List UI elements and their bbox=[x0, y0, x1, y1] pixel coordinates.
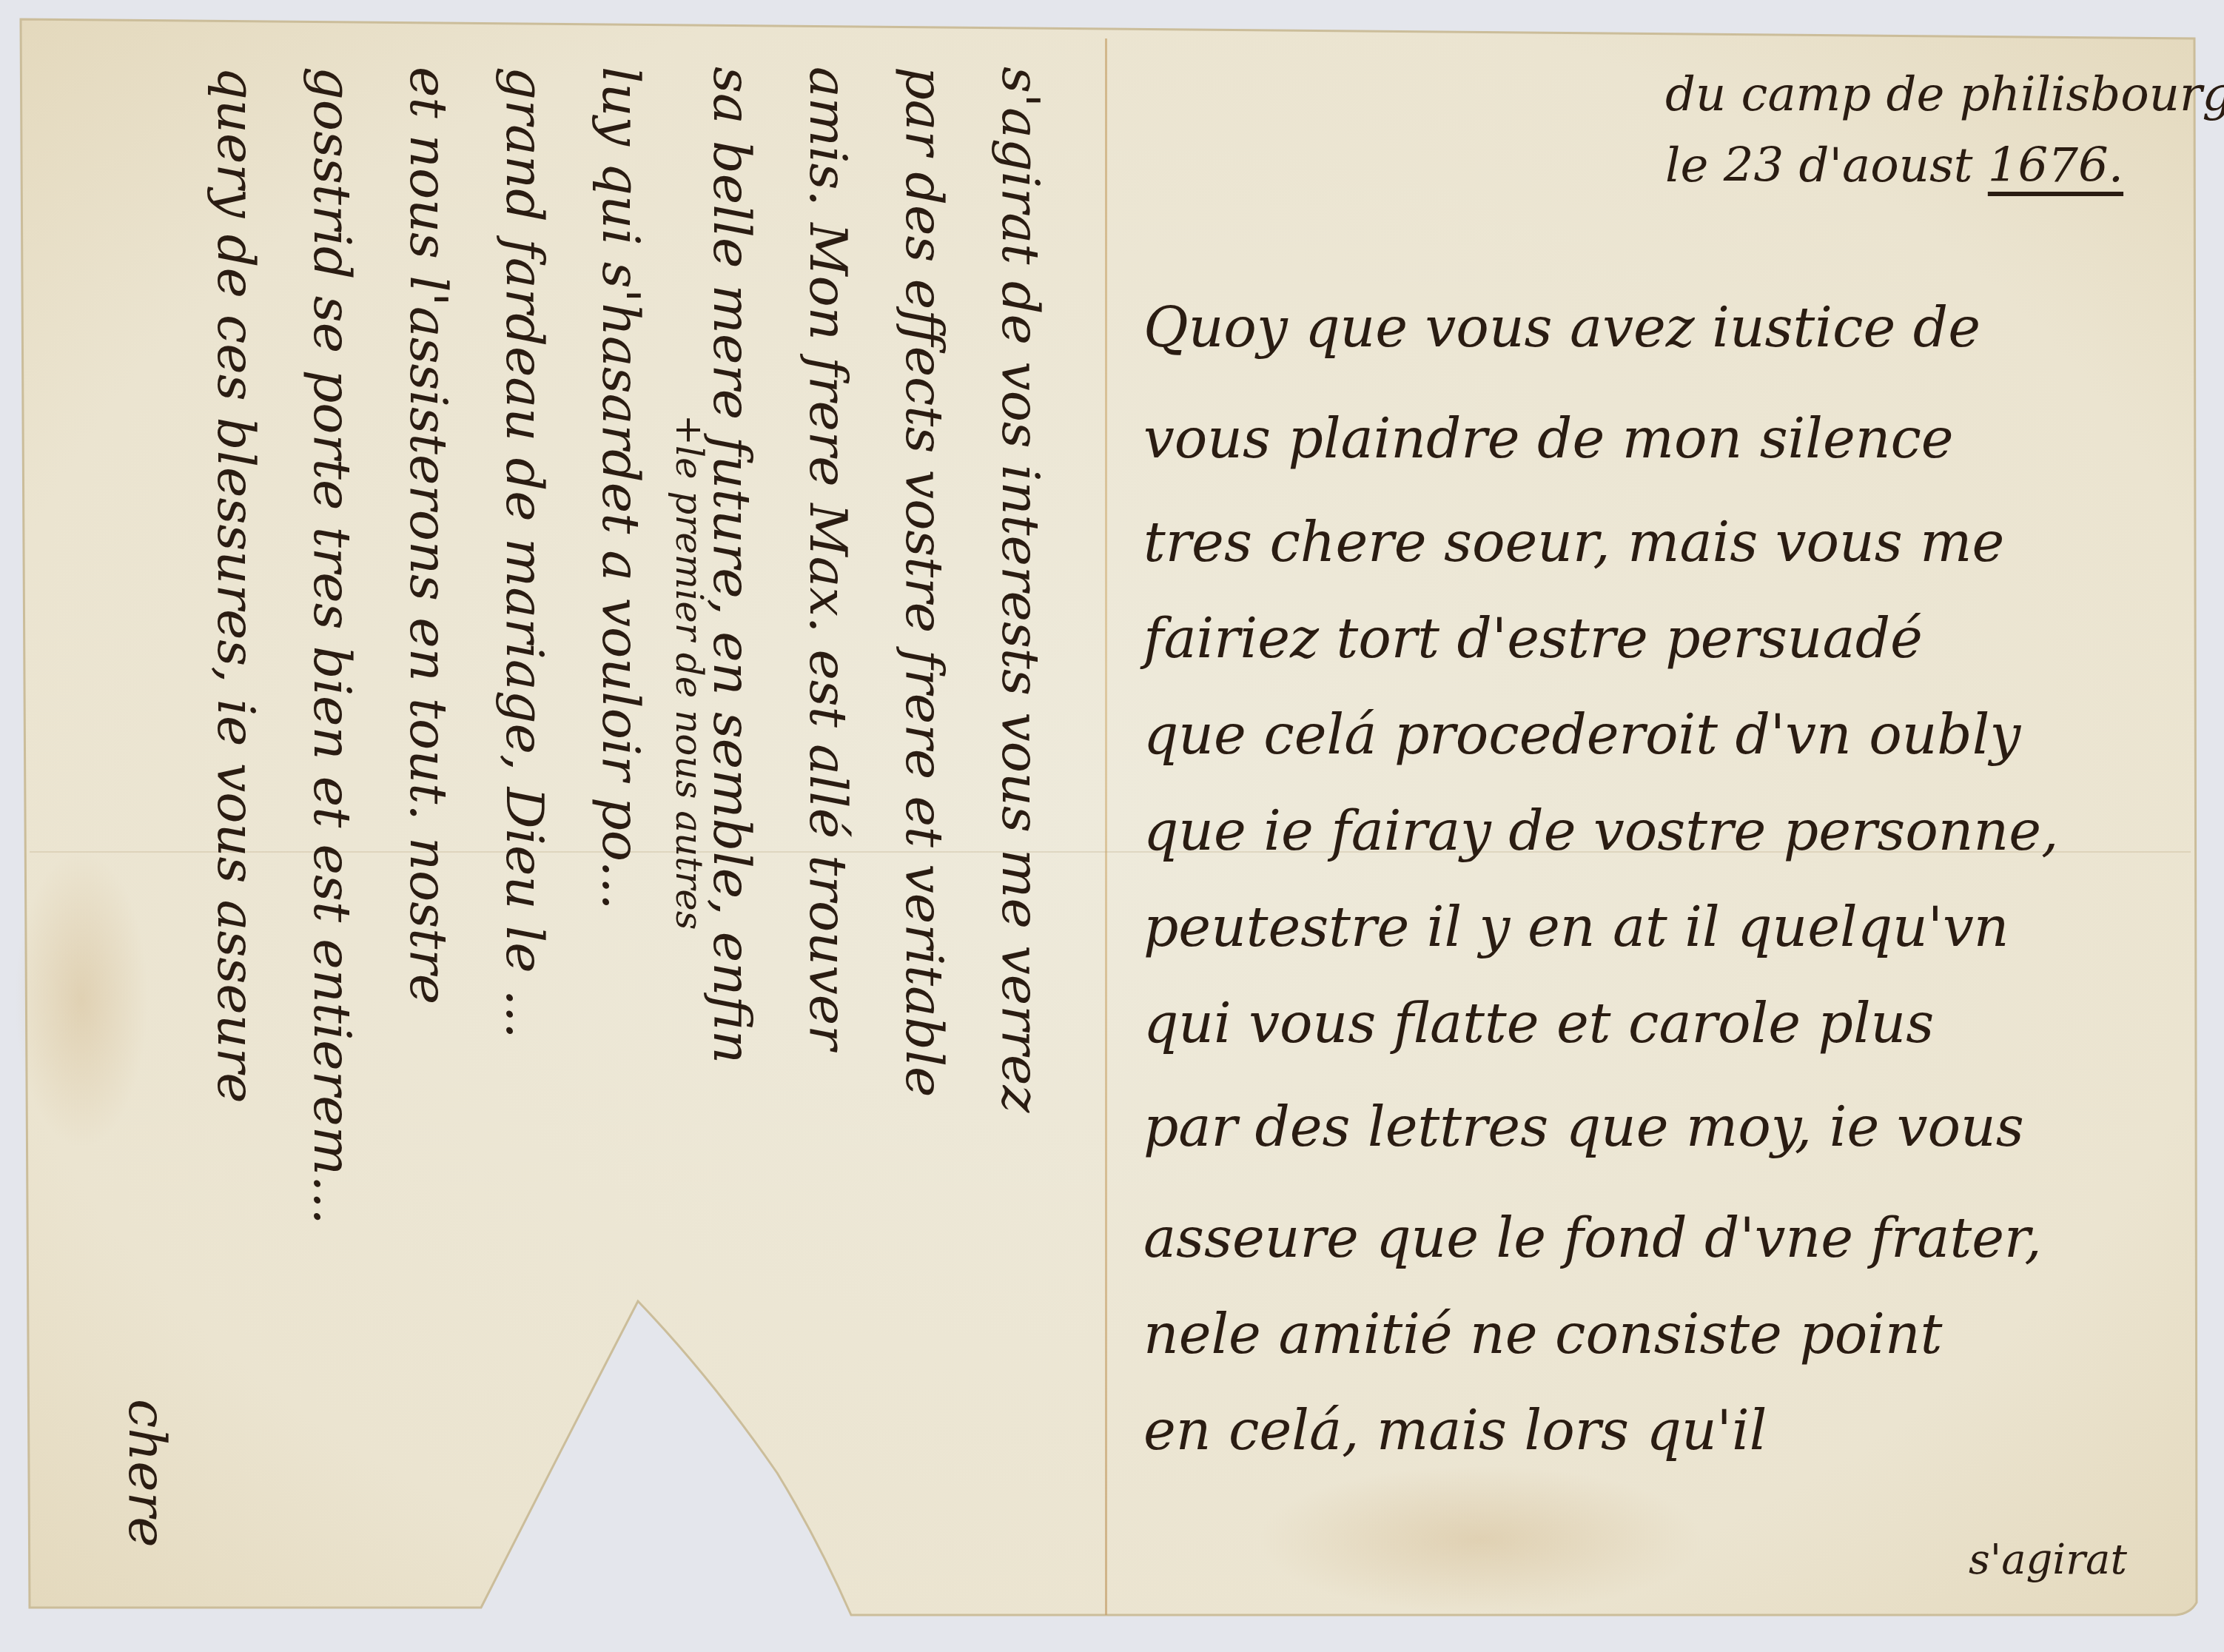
letter-line: peutestre il y en at il quelqu'vn bbox=[1143, 896, 2009, 959]
sideways-line: chere bbox=[117, 1399, 178, 1548]
sideways-line: et nous l'assisterons en tout. nostre bbox=[398, 67, 459, 1004]
sideways-line: sa belle mere future, en semble, enfin bbox=[702, 67, 762, 1064]
letter-photo: du camp de philisbourg le 23 d'aoust 167… bbox=[0, 0, 2224, 1652]
letter-line: Quoy que vous avez iustice de bbox=[1143, 296, 1981, 360]
dateline-place: du camp de philisbourg bbox=[1665, 59, 2224, 130]
letter-line: que ie fairay de vostre personne, bbox=[1143, 799, 2058, 863]
sideways-line: par des effects vostre frere et veritabl… bbox=[894, 67, 955, 1098]
letter-line: que celá procederoit d'vn oubly bbox=[1143, 703, 2020, 767]
dateline-year: 1676. bbox=[1988, 138, 2123, 193]
letter-line: en celá, mais lors qu'il bbox=[1143, 1399, 1767, 1463]
letter-line: qui vous flatte et carole plus bbox=[1143, 992, 1934, 1055]
dateline: du camp de philisbourg le 23 d'aoust 167… bbox=[1665, 59, 2224, 201]
dateline-date: le 23 d'aoust 1676. bbox=[1665, 130, 2224, 201]
catchword: s'agirat bbox=[1969, 1536, 2127, 1584]
letter-line: par des lettres que moy, ie vous bbox=[1143, 1095, 2024, 1159]
interlinear-insertion: +le premier de nous autres bbox=[668, 414, 710, 930]
letter-line: nele amitié ne consiste point bbox=[1143, 1303, 1942, 1366]
age-stain bbox=[15, 851, 148, 1147]
center-fold bbox=[1105, 38, 1107, 1615]
sideways-line: amis. Mon frere Max. est allé trouver bbox=[798, 67, 859, 1050]
letter-line: fairiez tort d'estre persuadé bbox=[1143, 607, 1923, 671]
age-stain bbox=[1258, 1465, 1702, 1614]
letter-line: asseure que le fond d'vne frater, bbox=[1143, 1206, 2042, 1270]
letter-line: vous plaindre de mon silence bbox=[1143, 407, 1954, 471]
sideways-line: luy qui s'hasardet a vouloir po... bbox=[591, 67, 651, 910]
sideways-line: query de ces blessures, ie vous asseure bbox=[206, 67, 266, 1104]
letter-line: tres chere soeur, mais vous me bbox=[1143, 511, 2004, 574]
sideways-line: gosstrid se porte tres bien et est entie… bbox=[302, 67, 363, 1225]
sideways-line: s'agirat de vos interests vous me verrez bbox=[990, 67, 1051, 1112]
sideways-line: grand fardeau de mariage, Dieu le ... bbox=[494, 67, 555, 1039]
